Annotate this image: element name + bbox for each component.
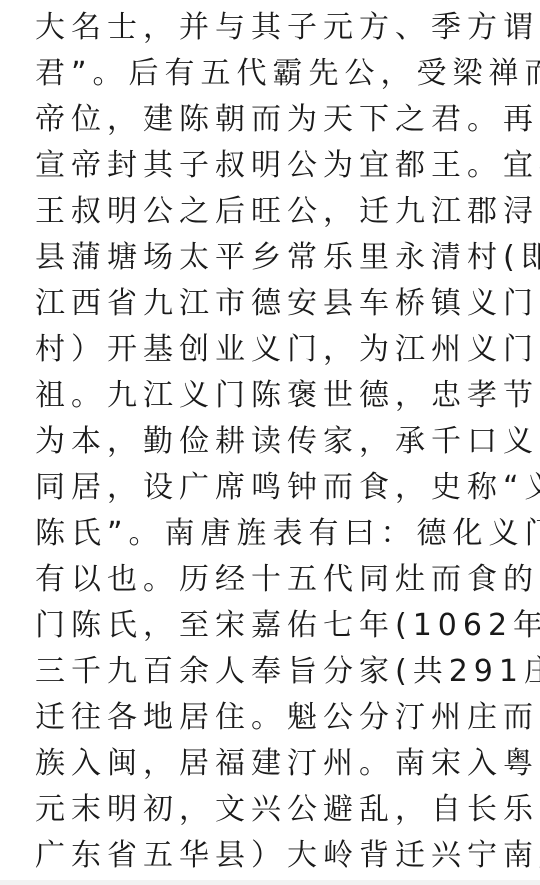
article-line: 为本，勤俭耕读传家，承千口义聚 (35, 419, 507, 465)
article-line: 族入闽，居福建汀州。南宋入粤， (35, 741, 507, 787)
article-line: 江西省九江市德安县车桥镇义门 (35, 281, 507, 327)
article-line: 祖。九江义门陈褒世德，忠孝节义 (35, 373, 507, 419)
article-line: 元末明初，文兴公避乱，自长乐(今 (35, 787, 507, 833)
article-line: 陈氏”。南唐旌表有曰：德化义门良 (35, 511, 507, 557)
article-line: 县蒲塘场太平乡常乐里永清村(即今 (35, 235, 507, 281)
bottom-divider (0, 880, 540, 885)
article-line: 大名士，并与其子元方、季方谓“三 (35, 5, 507, 51)
article-line: 三千九百余人奉旨分家(共291庄) (35, 649, 507, 695)
article-line: 宣帝封其子叔明公为宜都王。宜都 (35, 143, 507, 189)
article-body: 大名士，并与其子元方、季方谓“三 君”。后有五代霸先公，受梁禅而登 帝位，建陈朝… (35, 5, 507, 879)
article-line: 同居，设广席鸣钟而食，史称“义门 (35, 465, 507, 511)
article-line: 迁往各地居住。魁公分汀州庄而率 (35, 695, 507, 741)
article-line: 村）开基创业义门，为江州义门始 (35, 327, 507, 373)
article-line: 王叔明公之后旺公，迁九江郡浔阳 (35, 189, 507, 235)
article-line: 帝位，建陈朝而为天下之君。再由 (35, 97, 507, 143)
article-line: 广东省五华县）大岭背迁兴宁南厢 (35, 833, 507, 879)
article-line: 有以也。历经十五代同灶而食的义 (35, 557, 507, 603)
article-line: 门陈氏，至宋嘉佑七年(1062年）， (35, 603, 507, 649)
article-line: 君”。后有五代霸先公，受梁禅而登 (35, 51, 507, 97)
